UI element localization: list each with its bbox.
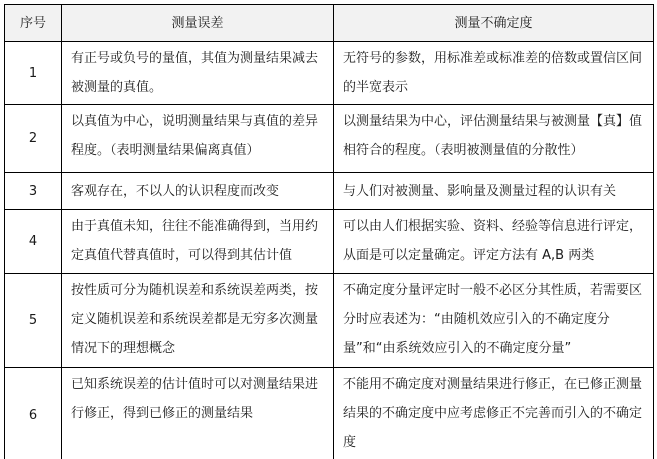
row-index: 3 — [5, 173, 62, 210]
header-measurement-error: 测量误差 — [62, 5, 334, 42]
uncertainty-cell: 不确定度分量评定时一般不必区分其性质，若需要区分时应表述为：“由随机效应引入的不… — [334, 274, 654, 368]
row-index: 6 — [5, 368, 62, 459]
row-index: 2 — [5, 105, 62, 173]
table-row: 1 有正号或负号的量值，其值为测量结果减去被测量的真值。 无符号的参数，用标准差… — [5, 42, 654, 105]
uncertainty-cell: 不能用不确定度对测量结果进行修正，在已修正测量结果的不确定度中应考虑修正不完善而… — [334, 368, 654, 459]
uncertainty-cell: 可以由人们根据实验、资料、经验等信息进行评定，从面是可以定量确定。评定方法有 A… — [334, 210, 654, 274]
row-index: 5 — [5, 274, 62, 368]
header-row: 序号 测量误差 测量不确定度 — [5, 5, 654, 42]
table-row: 2 以真值为中心，说明测量结果与真值的差异程度。（表明测量结果偏离真值） 以测量… — [5, 105, 654, 173]
table-row: 4 由于真值未知，往往不能准确得到，当用约定真值代替真值时，可以得到其估计值 可… — [5, 210, 654, 274]
table-row: 6 已知系统误差的估计值时可以对测量结果进行修正，得到已修正的测量结果 不能用不… — [5, 368, 654, 459]
table-row: 5 按性质可分为随机误差和系统误差两类，按定义随机误差和系统误差都是无穷多次测量… — [5, 274, 654, 368]
row-index: 1 — [5, 42, 62, 105]
uncertainty-cell: 无符号的参数，用标准差或标准差的倍数或置信区间的半宽表示 — [334, 42, 654, 105]
header-index: 序号 — [5, 5, 62, 42]
error-cell: 客观存在，不以人的认识程度而改变 — [62, 173, 334, 210]
header-measurement-uncertainty: 测量不确定度 — [334, 5, 654, 42]
error-cell: 已知系统误差的估计值时可以对测量结果进行修正，得到已修正的测量结果 — [62, 368, 334, 459]
table-row: 3 客观存在，不以人的认识程度而改变 与人们对被测量、影响量及测量过程的认识有关 — [5, 173, 654, 210]
error-cell: 有正号或负号的量值，其值为测量结果减去被测量的真值。 — [62, 42, 334, 105]
error-cell: 由于真值未知，往往不能准确得到，当用约定真值代替真值时，可以得到其估计值 — [62, 210, 334, 274]
uncertainty-cell: 与人们对被测量、影响量及测量过程的认识有关 — [334, 173, 654, 210]
comparison-table: 序号 测量误差 测量不确定度 1 有正号或负号的量值，其值为测量结果减去被测量的… — [4, 4, 654, 459]
row-index: 4 — [5, 210, 62, 274]
error-cell: 按性质可分为随机误差和系统误差两类，按定义随机误差和系统误差都是无穷多次测量情况… — [62, 274, 334, 368]
uncertainty-cell: 以测量结果为中心，评估测量结果与被测量【真】值相符合的程度。（表明被测量值的分散… — [334, 105, 654, 173]
error-cell: 以真值为中心，说明测量结果与真值的差异程度。（表明测量结果偏离真值） — [62, 105, 334, 173]
